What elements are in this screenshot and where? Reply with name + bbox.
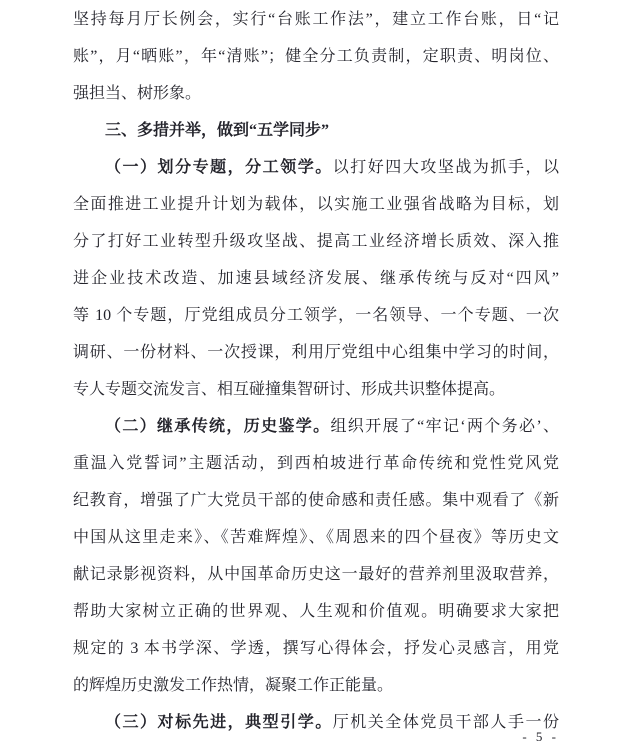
text-line: 全面推进工业提升计划为载体，以实施工业强省战略为目标，划 — [73, 186, 559, 223]
body-text: 分了打好工业转型升级攻坚战、提高工业经济增长质效、深入推 — [73, 233, 559, 250]
text-line: 规定的 3 本书学深、学透，撰写心得体会，抒发心灵感言，用党 — [73, 630, 559, 667]
heading-text: 三、多措并举，做到“五学同步” — [105, 122, 329, 139]
text-line: 专人专题交流发言、相互碰撞集智研讨、形成共识整体提高。 — [73, 371, 559, 408]
body-text: 组织开展了“牢记‘两个务必’、 — [330, 418, 559, 435]
text-line: 重温入党誓词”主题活动，到西柏坡进行革命传统和党性党风党 — [73, 445, 559, 482]
document-body: 坚持每月厅长例会，实行“台账工作法”，建立工作台账，日“记 账”，月“晒账”，年… — [0, 0, 628, 741]
paragraph-lead-line: （一）划分专题，分工领学。以打好四大攻坚战为抓手，以 — [73, 149, 559, 186]
paragraph-lead-line: （三）对标先进，典型引学。厅机关全体党员干部人手一份 — [73, 704, 559, 741]
body-text: 规定的 3 本书学深、学透，撰写心得体会，抒发心灵感言，用党 — [73, 640, 559, 657]
text-line: 纪教育，增强了广大党员干部的使命感和责任感。集中观看了《新 — [73, 482, 559, 519]
text-line: 进企业技术改造、加速县域经济发展、继承传统与反对“四风” — [73, 260, 559, 297]
body-text: 中国从这里走来》、《苦难辉煌》、《周恩来的四个昼夜》等历史文 — [73, 529, 559, 546]
text-line: 的辉煌历史激发工作热情，凝聚工作正能量。 — [73, 667, 559, 704]
text-line: 调研、一份材料、一次授课，利用厅党组中心组集中学习的时间， — [73, 334, 559, 371]
paragraph-lead-line: （二）继承传统，历史鉴学。组织开展了“牢记‘两个务必’、 — [73, 408, 559, 445]
body-text: 强担当、树形象。 — [73, 85, 201, 102]
body-text: 坚持每月厅长例会，实行“台账工作法”，建立工作台账，日“记 — [73, 11, 559, 28]
text-line: 分了打好工业转型升级攻坚战、提高工业经济增长质效、深入推 — [73, 223, 559, 260]
text-line: 坚持每月厅长例会，实行“台账工作法”，建立工作台账，日“记 — [73, 1, 559, 38]
body-text: 帮助大家树立正确的世界观、人生观和价值观。明确要求大家把 — [73, 603, 559, 620]
paragraph-lead: （三）对标先进，典型引学。 — [105, 714, 333, 731]
document-page: 坚持每月厅长例会，实行“台账工作法”，建立工作台账，日“记 账”，月“晒账”，年… — [0, 0, 628, 751]
text-line: 等 10 个专题，厅党组成员分工领学，一名领导、一个专题、一次 — [73, 297, 559, 334]
page-number: - 5 - — [522, 727, 559, 747]
section-heading: 三、多措并举，做到“五学同步” — [73, 112, 559, 149]
body-text: 进企业技术改造、加速县域经济发展、继承传统与反对“四风” — [73, 270, 559, 287]
text-line: 中国从这里走来》、《苦难辉煌》、《周恩来的四个昼夜》等历史文 — [73, 519, 559, 556]
body-text: 调研、一份材料、一次授课，利用厅党组中心组集中学习的时间， — [73, 344, 559, 361]
body-text: 专人专题交流发言、相互碰撞集智研讨、形成共识整体提高。 — [73, 381, 505, 398]
text-line: 献记录影视资料，从中国革命历史这一最好的营养剂里汲取营养， — [73, 556, 559, 593]
body-text: 的辉煌历史激发工作热情，凝聚工作正能量。 — [73, 677, 393, 694]
body-text: 重温入党誓词”主题活动，到西柏坡进行革命传统和党性党风党 — [73, 455, 559, 472]
body-text: 全面推进工业提升计划为载体，以实施工业强省战略为目标，划 — [73, 196, 559, 213]
body-text: 等 10 个专题，厅党组成员分工领学，一名领导、一个专题、一次 — [73, 307, 559, 324]
text-line: 账”，月“晒账”，年“清账”；健全分工负责制，定职责、明岗位、 — [73, 38, 559, 75]
paragraph-lead: （一）划分专题，分工领学。 — [105, 159, 333, 176]
body-text: 以打好四大攻坚战为抓手，以 — [333, 159, 559, 176]
body-text: 账”，月“晒账”，年“清账”；健全分工负责制，定职责、明岗位、 — [73, 48, 559, 65]
body-text: 纪教育，增强了广大党员干部的使命感和责任感。集中观看了《新 — [73, 492, 559, 509]
text-line: 帮助大家树立正确的世界观、人生观和价值观。明确要求大家把 — [73, 593, 559, 630]
text-line: 强担当、树形象。 — [73, 75, 559, 112]
body-text: 献记录影视资料，从中国革命历史这一最好的营养剂里汲取营养， — [73, 566, 559, 583]
paragraph-lead: （二）继承传统，历史鉴学。 — [105, 418, 330, 435]
